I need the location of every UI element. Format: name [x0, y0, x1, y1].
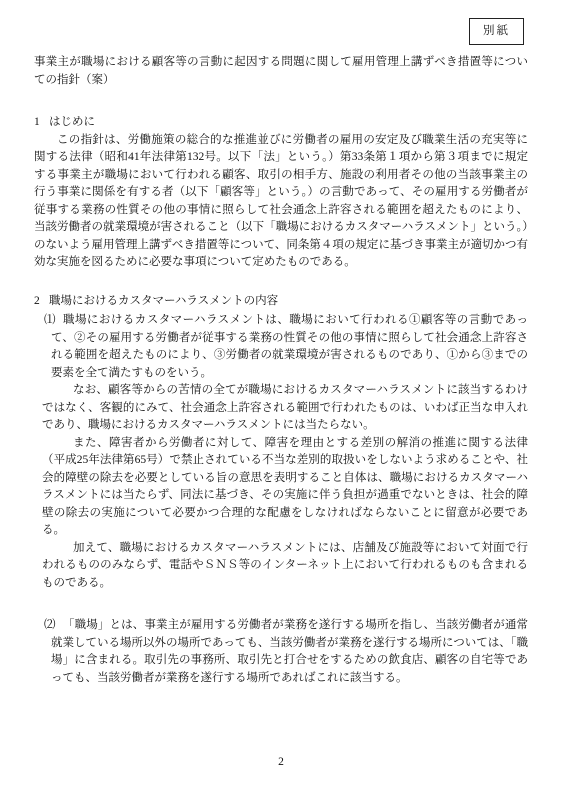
section-1-paragraph: この指針は、労働施策の総合的な推進並びに労働者の雇用の安定及び職業生活の充実等に… [34, 132, 528, 272]
attachment-label: 別紙 [483, 23, 510, 41]
section-1-title: はじめに [49, 114, 95, 132]
item-1-paragraph-4: 加えて、職場におけるカスタマーハラスメントには、店舗及び施設等において対面で行わ… [42, 540, 528, 593]
item-1-body: 職場におけるカスタマーハラスメントは、職場において行われる①顧客等の言動であって… [51, 312, 528, 592]
item-1: ⑴ 職場におけるカスタマーハラスメントは、職場において行われる①顧客等の言動であ… [34, 312, 528, 592]
item-2: ⑵ 「職場」とは、事業主が雇用する労働者が業務を遂行する場所を指し、当該労働者が… [34, 617, 528, 687]
item-1-paragraph-1: 職場におけるカスタマーハラスメントは、職場において行われる①顧客等の言動であって… [51, 312, 528, 382]
section-2-title: 職場におけるカスタマーハラスメントの内容 [49, 293, 278, 311]
section-2-heading: 2 職場におけるカスタマーハラスメントの内容 [34, 293, 528, 311]
item-1-paragraph-3: また、障害者から労働者に対して、障害を理由とする差別の解消の推進に関する法律（平… [42, 435, 528, 540]
page-number: 2 [0, 754, 562, 772]
document-page: 別紙 事業主が職場における顧客等の言動に起因する問題に関して雇用管理上講ずべき措… [0, 0, 562, 785]
item-2-body: 「職場」とは、事業主が雇用する労働者が業務を遂行する場所を指し、当該労働者が通常… [51, 617, 528, 687]
section-1-number: 1 [34, 114, 49, 132]
item-2-number: ⑵ [44, 617, 56, 635]
item-1-number: ⑴ [44, 312, 56, 330]
document-content: 事業主が職場における顧客等の言動に起因する問題に関して雇用管理上講ずべき措置等に… [34, 54, 528, 687]
item-1-paragraph-2: なお、顧客等からの苦情の全てが職場におけるカスタマーハラスメントに該当するわけで… [42, 382, 528, 435]
section-1-heading: 1 はじめに [34, 114, 528, 132]
section-2-number: 2 [34, 293, 49, 311]
attachment-label-box: 別紙 [469, 18, 524, 45]
document-title: 事業主が職場における顧客等の言動に起因する問題に関して雇用管理上講ずべき措置等に… [34, 54, 528, 89]
item-2-paragraph-1: 「職場」とは、事業主が雇用する労働者が業務を遂行する場所を指し、当該労働者が通常… [51, 617, 528, 687]
